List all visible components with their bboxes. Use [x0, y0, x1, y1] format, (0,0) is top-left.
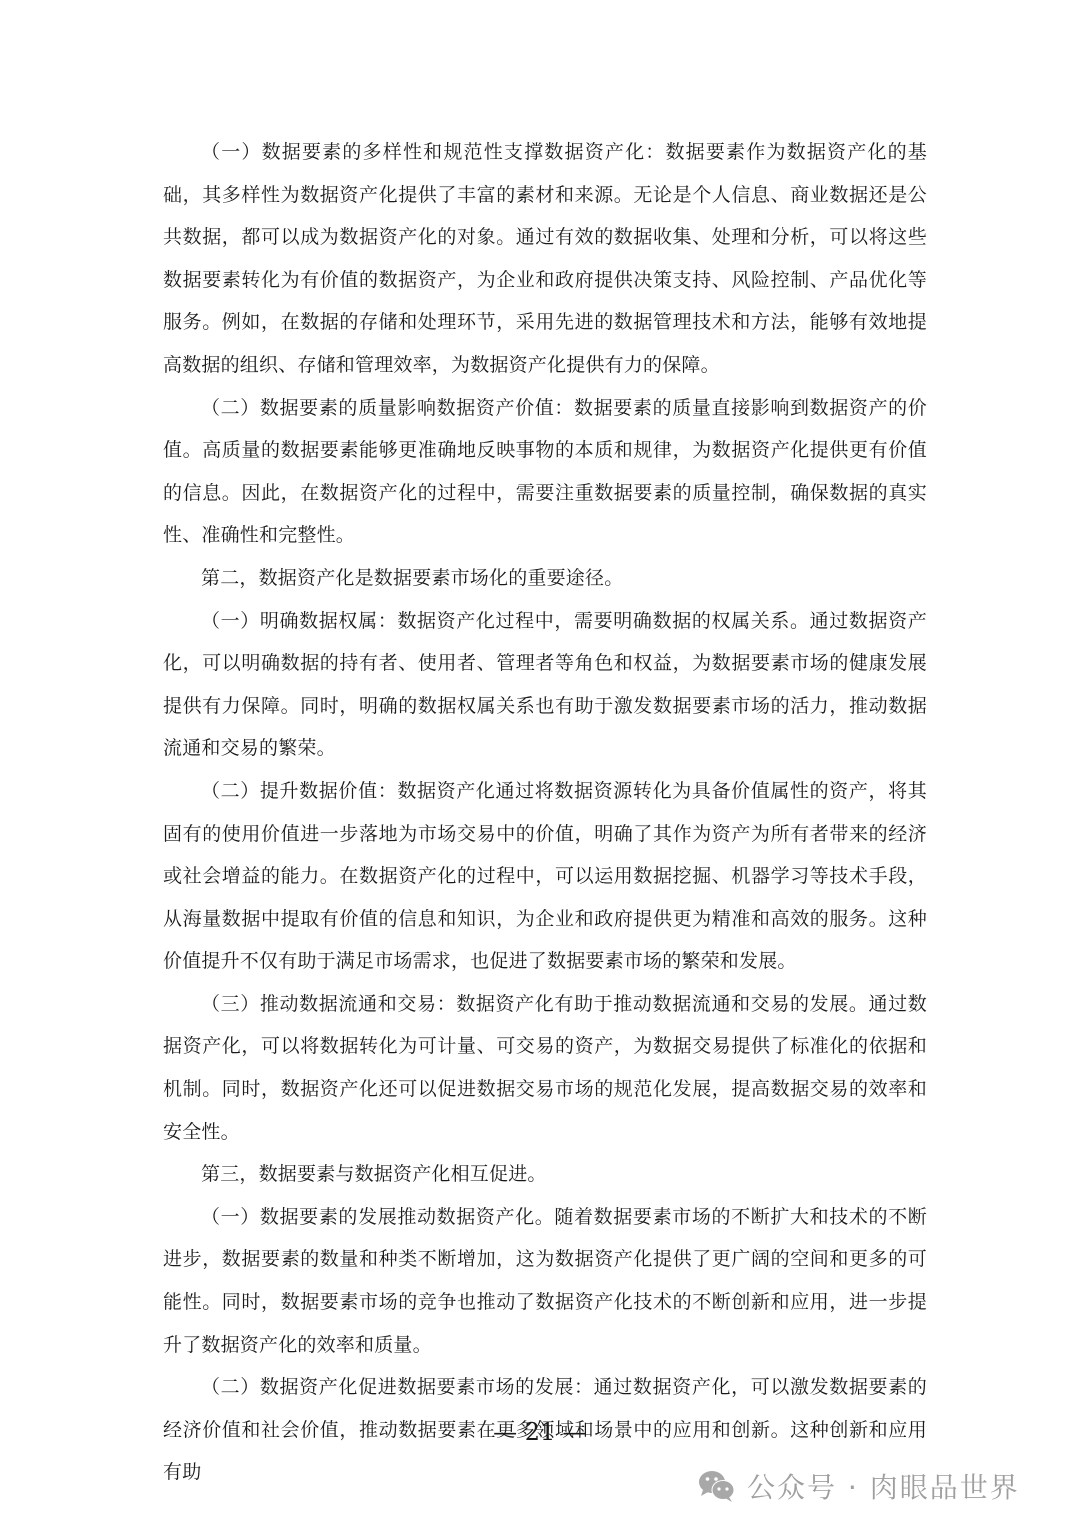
paragraph-6: （一）数据要素的发展推动数据资产化。随着数据要素市场的不断扩大和技术的不断进步，…: [163, 1196, 927, 1366]
watermark-text: 公众号 · 肉眼品世界: [747, 1466, 1020, 1506]
document-page: （一）数据要素的多样性和规范性支撑数据资产化：数据要素作为数据资产化的基础，其多…: [163, 131, 927, 1494]
paragraph-2: （二）数据要素的质量影响数据资产价值：数据要素的质量直接影响到数据资产的价值。高…: [163, 387, 927, 557]
paragraph-5: （三）推动数据流通和交易：数据资产化有助于推动数据流通和交易的发展。通过数据资产…: [163, 983, 927, 1153]
section-heading-3: 第三，数据要素与数据资产化相互促进。: [163, 1153, 927, 1196]
wechat-icon: [697, 1469, 737, 1503]
paragraph-3: （一）明确数据权属：数据资产化过程中，需要明确数据的权属关系。通过数据资产化，可…: [163, 600, 927, 770]
section-heading-2: 第二，数据资产化是数据要素市场化的重要途径。: [163, 557, 927, 600]
paragraph-1: （一）数据要素的多样性和规范性支撑数据资产化：数据要素作为数据资产化的基础，其多…: [163, 131, 927, 387]
watermark: 公众号 · 肉眼品世界: [697, 1466, 1020, 1506]
paragraph-4: （二）提升数据价值：数据资产化通过将数据资源转化为具备价值属性的资产，将其固有的…: [163, 770, 927, 983]
page-number: — 21 —: [0, 1418, 1080, 1446]
